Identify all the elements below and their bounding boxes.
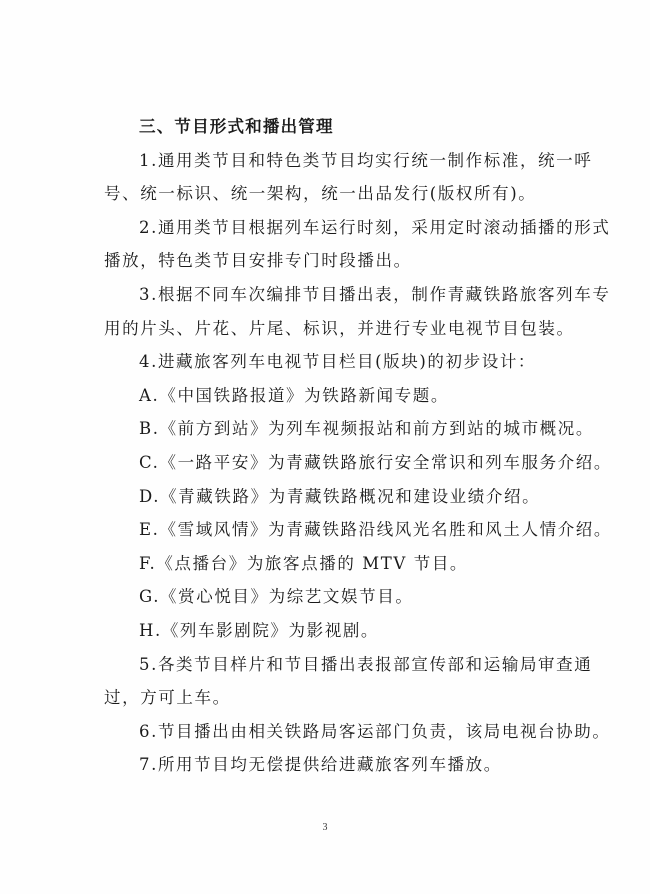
text-line: 3.根据不同车次编排节目播出表，制作青藏铁路旅客列车专: [104, 278, 576, 312]
text-line: 4.进藏旅客列车电视节目栏目(版块)的初步设计：: [104, 345, 576, 379]
page-number: 3: [0, 822, 650, 833]
text-line: C.《一路平安》为青藏铁路旅行安全常识和列车服务介绍。: [104, 446, 576, 480]
text-line: 播放，特色类节目安排专门时段播出。: [104, 244, 576, 278]
document-body: 三、节目形式和播出管理 1.通用类节目和特色类节目均实行统一制作标准，统一呼号、…: [104, 110, 576, 782]
text-line: A.《中国铁路报道》为铁路新闻专题。: [104, 379, 576, 413]
document-page: 三、节目形式和播出管理 1.通用类节目和特色类节目均实行统一制作标准，统一呼号、…: [0, 0, 650, 894]
text-line: E.《雪域风情》为青藏铁路沿线风光名胜和风土人情介绍。: [104, 513, 576, 547]
text-line: D.《青藏铁路》为青藏铁路概况和建设业绩介绍。: [104, 480, 576, 514]
text-line: 号、统一标识、统一架构，统一出品发行(版权所有)。: [104, 177, 576, 211]
section-heading: 三、节目形式和播出管理: [104, 110, 576, 144]
text-line: 用的片头、片花、片尾、标识，并进行专业电视节目包装。: [104, 312, 576, 346]
text-line: 2.通用类节目根据列车运行时刻，采用定时滚动插播的形式: [104, 211, 576, 245]
text-line: 6.节目播出由相关铁路局客运部门负责，该局电视台协助。: [104, 715, 576, 749]
text-line: F.《点播台》为旅客点播的 MTV 节目。: [104, 547, 576, 581]
text-line: B.《前方到站》为列车视频报站和前方到站的城市概况。: [104, 412, 576, 446]
text-line: 1.通用类节目和特色类节目均实行统一制作标准，统一呼: [104, 144, 576, 178]
paragraph-lines: 1.通用类节目和特色类节目均实行统一制作标准，统一呼号、统一标识、统一架构，统一…: [104, 144, 576, 782]
text-line: 5.各类节目样片和节目播出表报部宣传部和运输局审查通: [104, 648, 576, 682]
text-line: 过，方可上车。: [104, 681, 576, 715]
text-line: H.《列车影剧院》为影视剧。: [104, 614, 576, 648]
text-line: G.《赏心悦目》为综艺文娱节目。: [104, 580, 576, 614]
text-line: 7.所用节目均无偿提供给进藏旅客列车播放。: [104, 748, 576, 782]
